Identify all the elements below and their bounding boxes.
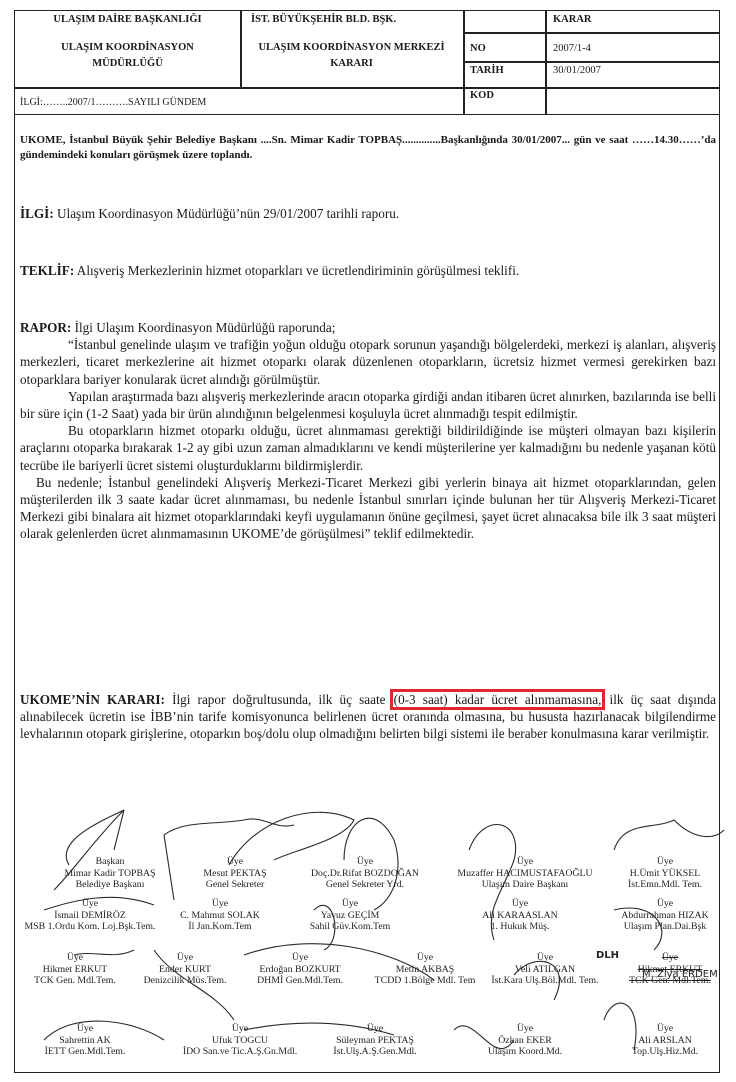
signatory: ÜyeMuzaffer HACIMUSTAFAOĞLUUlaşım Daire … — [440, 856, 610, 891]
meeting-intro: UKOME, İstanbul Büyük Şehir Belediye Baş… — [20, 133, 716, 162]
rapor-section: RAPOR: İlgi Ulaşım Koordinasyon Müdürlüğ… — [20, 319, 716, 543]
signatory: ÜyeHikmet ERKUTTCK Gen. Mdl.Tem. — [20, 952, 130, 987]
karar-label: UKOME’NİN KARARI: — [20, 692, 165, 707]
teklif-section: TEKLİF: Alışveriş Merkezlerinin hizmet o… — [20, 262, 716, 279]
signatory: ÜyeMesut PEKTAŞGenel Sekreter — [175, 856, 295, 891]
karar-text-before: İlgi rapor doğrultusunda, ilk üç saate — [165, 692, 393, 707]
signatory-line: Üye — [290, 898, 410, 910]
signatory-line: Üye — [610, 856, 720, 868]
signatory: ÜyeEnder KURTDenizcilik Müs.Tem. — [125, 952, 245, 987]
karar-section: UKOME’NİN KARARI: İlgi rapor doğrultusun… — [20, 691, 716, 743]
signatory-line: Ali KARAASLAN — [460, 910, 580, 922]
dept-line1: ULAŞIM DAİRE BAŞKANLIĞI — [15, 14, 240, 25]
signatory-line: C. Mahmut SOLAK — [165, 910, 275, 922]
signatory-line: Özkan EKER — [470, 1035, 580, 1047]
signatory-line: Doç.Dr.Rifat BOZDOĞAN — [290, 868, 440, 880]
signatory-line: Üye — [615, 1023, 715, 1035]
ilgi-agenda-line: İLGİ:……..2007/1……….SAYILI GÜNDEM — [20, 97, 206, 108]
signatory-line: Mimar Kadir TOPBAŞ — [40, 868, 180, 880]
signatory-line: Üye — [35, 1023, 135, 1035]
signatory-line: Üye — [470, 1023, 580, 1035]
signatory-line: Ulaşım Koord.Md. — [470, 1046, 580, 1058]
signatory-line: Üye — [20, 952, 130, 964]
rapor-paragraph: Bu otoparkların hizmet otoparkı olduğu, … — [20, 422, 716, 474]
signatory-line: Üye — [600, 898, 730, 910]
signatory-line: TCK Gen. Mdl.Tem. — [615, 975, 725, 987]
signatory: ÜyeErdoğan BOZKURTDHMİ Gen.Mdl.Tem. — [240, 952, 360, 987]
rapor-paragraph: “İstanbul genelinde ulaşım ve trafiğin y… — [20, 336, 716, 388]
signatory-line: Üye — [15, 898, 165, 910]
rapor-label: RAPOR: — [20, 320, 71, 335]
signatory-line: Top.Ulş.Hiz.Md. — [615, 1046, 715, 1058]
signatory-line: Ender KURT — [125, 964, 245, 976]
signatory-line: Üye — [175, 856, 295, 868]
karar-highlight: (0-3 saat) kadar ücret alınmamasına, — [393, 692, 603, 707]
dept-line2: ULAŞIM KOORDİNASYON — [15, 42, 240, 53]
signatory-line: İst.Emn.Mdl. Tem. — [610, 879, 720, 891]
signatory-line: Üye — [485, 952, 605, 964]
ilgi-text: Ulaşım Koordinasyon Müdürlüğü’nün 29/01/… — [54, 206, 399, 221]
rapor-paragraph: Bu nedenle; İstanbul genelindeki Alışver… — [20, 474, 716, 543]
decision-document: ULAŞIM DAİRE BAŞKANLIĞI ULAŞIM KOORDİNAS… — [0, 0, 736, 1082]
signatory-line: Sahrettin AK — [35, 1035, 135, 1047]
signatory-line: Denizcilik Müs.Tem. — [125, 975, 245, 987]
signatory: ÜyeH.Ümit YÜKSELİst.Emn.Mdl. Tem. — [610, 856, 720, 891]
signatory-line: Başkan — [40, 856, 180, 868]
signatory-line: İETT Gen.Mdl.Tem. — [35, 1046, 135, 1058]
signatory-line: Ali ARSLAN — [615, 1035, 715, 1047]
signatory: Üyeİsmail DEMİRÖZMSB 1.Ordu Kom. Loj.Bşk… — [15, 898, 165, 933]
signatory-line: MSB 1.Ordu Kom. Loj.Bşk.Tem. — [15, 921, 165, 933]
header-table: ULAŞIM DAİRE BAŞKANLIĞI ULAŞIM KOORDİNAS… — [14, 10, 720, 115]
signatory-line: Ulaşım Daire Başkanı — [440, 879, 610, 891]
signatory-line: Mesut PEKTAŞ — [175, 868, 295, 880]
signatory: ÜyeAbdurrahman HIZAKUlaşım Plan.Dai.Bşk — [600, 898, 730, 933]
karar-label: KARAR — [553, 14, 592, 25]
signatory-line: Genel Sekreter — [175, 879, 295, 891]
signatory-line: Süleyman PEKTAŞ — [315, 1035, 435, 1047]
signatory-line: Ufuk TOGCU — [170, 1035, 310, 1047]
signatory-line: Üye — [125, 952, 245, 964]
signatory-line: Yavuz GEÇİM — [290, 910, 410, 922]
signatory-line: Üye — [440, 856, 610, 868]
signatory-line: Hikmet ERKUT — [615, 964, 725, 976]
no-value: 2007/1-4 — [553, 43, 591, 54]
signatory-line: İl Jan.Kom.Tem — [165, 921, 275, 933]
signatory: ÜyeSüleyman PEKTAŞİst.Ulş.A.Ş.Gen.Mdl. — [315, 1023, 435, 1058]
rapor-paragraph: Yapılan araştırmada bazı alışveriş merke… — [20, 388, 716, 422]
signatory-line: Üye — [240, 952, 360, 964]
signatory-line: Üye — [290, 856, 440, 868]
tarih-label: TARİH — [470, 65, 504, 76]
signatory-line: İst.Ulş.A.Ş.Gen.Mdl. — [315, 1046, 435, 1058]
signatory-line: Üye — [315, 1023, 435, 1035]
signatory: ÜyeMetin AKBAŞTCDD 1.Bölge Mdl. Tem — [370, 952, 480, 987]
signatory-line: Üye — [460, 898, 580, 910]
signatory: BaşkanMimar Kadir TOPBAŞBelediye Başkanı — [40, 856, 180, 891]
signatory-line: Ulaşım Plan.Dai.Bşk — [600, 921, 730, 933]
center-line2: ULAŞIM KOORDİNASYON MERKEZİ — [240, 42, 463, 53]
signatory-line: DHMİ Gen.Mdl.Tem. — [240, 975, 360, 987]
signatory-line: TCK Gen. Mdl.Tem. — [20, 975, 130, 987]
ilgi-section: İLGİ: Ulaşım Koordinasyon Müdürlüğü’nün … — [20, 205, 716, 222]
signatory-line: Muzaffer HACIMUSTAFAOĞLU — [440, 868, 610, 880]
signatory: ÜyeDoç.Dr.Rifat BOZDOĞANGenel Sekreter Y… — [290, 856, 440, 891]
signatory: ÜyeAli KARAASLAN1. Hukuk Müş. — [460, 898, 580, 933]
signatory-line: İst.Kara Ulş.Böl.Mdl. Tem. — [485, 975, 605, 987]
signatory-line: TCDD 1.Bölge Mdl. Tem — [370, 975, 480, 987]
signatory-line: Sahil Güv.Kom.Tem — [290, 921, 410, 933]
no-label: NO — [470, 43, 486, 54]
kod-label: KOD — [470, 90, 494, 101]
signatory-line: Üye — [170, 1023, 310, 1035]
signatory-line: Üye — [165, 898, 275, 910]
ilgi-label: İLGİ: — [20, 206, 54, 221]
signatory: ÜyeVeli ATILGANİst.Kara Ulş.Böl.Mdl. Tem… — [485, 952, 605, 987]
dept-line3: MÜDÜRLÜĞÜ — [15, 58, 240, 69]
signatory: ÜyeYavuz GEÇİMSahil Güv.Kom.Tem — [290, 898, 410, 933]
signatory: ÜyeÖzkan EKERUlaşım Koord.Md. — [470, 1023, 580, 1058]
signatory: ÜyeAli ARSLANTop.Ulş.Hiz.Md. — [615, 1023, 715, 1058]
signatory: ÜyeC. Mahmut SOLAKİl Jan.Kom.Tem — [165, 898, 275, 933]
signatory-line: Hikmet ERKUT — [20, 964, 130, 976]
teklif-label: TEKLİF: — [20, 263, 74, 278]
signatory-line: Üye — [370, 952, 480, 964]
signatory-line: İDO San.ve Tic.A.Ş.Gn.Mdl. — [170, 1046, 310, 1058]
signatory-line: Metin AKBAŞ — [370, 964, 480, 976]
center-line3: KARARI — [240, 58, 463, 69]
signatory-line: Abdurrahman HIZAK — [600, 910, 730, 922]
signatory: ÜyeSahrettin AKİETT Gen.Mdl.Tem. — [35, 1023, 135, 1058]
signatory-line: İsmail DEMİRÖZ — [15, 910, 165, 922]
signatory-line: Belediye Başkanı — [40, 879, 180, 891]
rapor-lead: İlgi Ulaşım Koordinasyon Müdürlüğü rapor… — [71, 320, 335, 335]
signatory-line: 1. Hukuk Müş. — [460, 921, 580, 933]
signatory-line: Üye — [615, 952, 725, 964]
teklif-text: Alışveriş Merkezlerinin hizmet otoparkla… — [74, 263, 519, 278]
signatory: ÜyeUfuk TOGCUİDO San.ve Tic.A.Ş.Gn.Mdl. — [170, 1023, 310, 1058]
signatory-line: Erdoğan BOZKURT — [240, 964, 360, 976]
signatory: ÜyeHikmet ERKUTTCK Gen. Mdl.Tem. — [615, 952, 725, 987]
signatory-line: Genel Sekreter Yrd. — [290, 879, 440, 891]
signatory-line: H.Ümit YÜKSEL — [610, 868, 720, 880]
tarih-value: 30/01/2007 — [553, 65, 601, 76]
center-line1: İST. BÜYÜKŞEHİR BLD. BŞK. — [251, 14, 463, 25]
signatory-line: Veli ATILGAN — [485, 964, 605, 976]
